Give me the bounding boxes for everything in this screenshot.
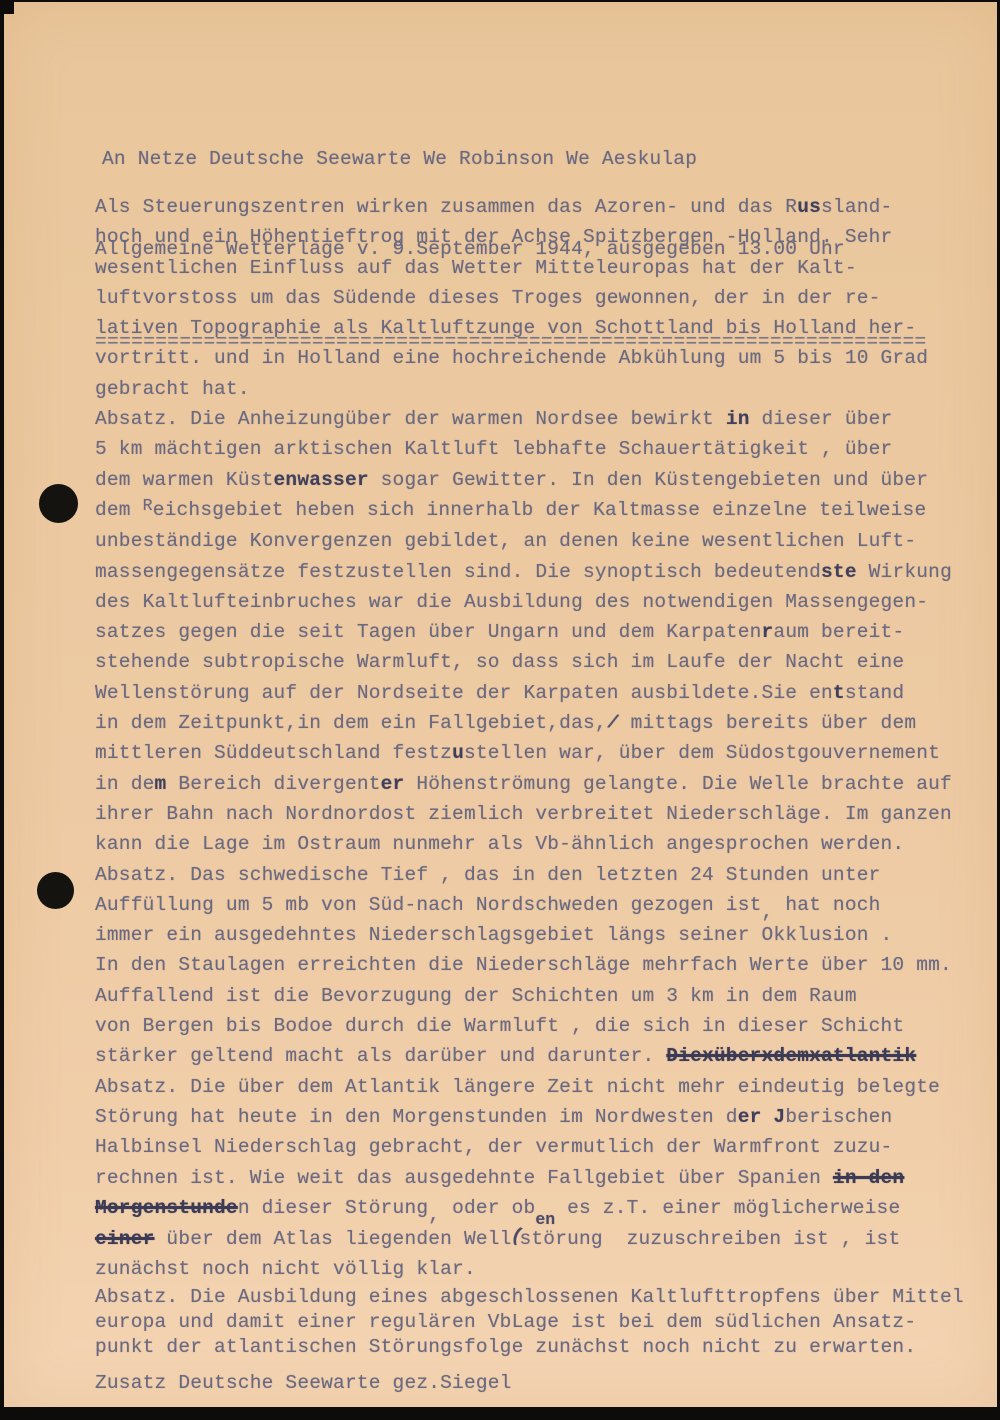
text-line: rechnen ist. Wie weit das ausgedehnte Fa… [95, 1163, 964, 1193]
scanned-page: An Netze Deutsche Seewarte We Robinson W… [0, 0, 1000, 1420]
body-text: Als Steuerungszentren wirken zusammen da… [95, 192, 964, 1398]
text-line: in dem Zeitpunkt,in dem ein Fallgebiet,d… [95, 708, 964, 738]
text-line: des Kaltlufteinbruches war die Ausbildun… [95, 587, 964, 617]
text-line: Zusatz Deutsche Seewarte gez.Siegel [95, 1368, 964, 1398]
text-line: Absatz. Die über dem Atlantik längere Ze… [95, 1072, 964, 1102]
text-line: Störung hat heute in den Morgenstunden i… [95, 1102, 964, 1132]
text-line: Wellenstörung auf der Nordseite der Karp… [95, 678, 964, 708]
text-line: lativen Topographie als Kaltluftzunge vo… [95, 313, 964, 343]
recipient-line: An Netze Deutsche Seewarte We Robinson W… [95, 144, 927, 174]
text-line: kann die Lage im Ostraum nunmehr als Vb-… [95, 829, 964, 859]
text-line: europa und damit einer regulären VbLage … [95, 1310, 964, 1335]
text-line: zunächst noch nicht völlig klar. [95, 1254, 964, 1284]
text-line: Absatz. Die Ausbildung eines abgeschloss… [95, 1285, 964, 1310]
hole-punch-bottom [37, 872, 74, 909]
text-line: mittleren Süddeutschland festzustellen w… [95, 738, 964, 768]
text-line: hoch und ein Höhentieftrog mit der Achse… [95, 222, 964, 252]
text-line: vortritt. und in Holland eine hochreiche… [95, 343, 964, 373]
text-line: unbeständige Konvergenzen gebildet, an d… [95, 526, 964, 556]
text-line: dem Reichsgebiet heben sich innerhalb de… [95, 495, 964, 526]
text-line: Absatz. Das schwedische Tief , das in de… [95, 860, 964, 890]
text-line: Auffallend ist die Bevorzugung der Schic… [95, 981, 964, 1011]
text-line: Als Steuerungszentren wirken zusammen da… [95, 192, 964, 222]
text-line: luftvorstoss um das Südende dieses Troge… [95, 283, 964, 313]
text-line: satzes gegen die seit Tagen über Ungarn … [95, 617, 964, 647]
text-line: Morgenstunden dieser Störung, oder oben … [95, 1193, 964, 1224]
text-line: punkt der atlantischen Störungsfolge zun… [95, 1335, 964, 1360]
text-line: Absatz. Die Anheizungüber der warmen Nor… [95, 404, 964, 434]
text-line: dem warmen Küstenwasser sogar Gewitter. … [95, 465, 964, 495]
text-line: 5 km mächtigen arktischen Kaltluft lebha… [95, 434, 964, 464]
text-line: von Bergen bis Bodoe durch die Warmluft … [95, 1011, 964, 1041]
text-line: stärker geltend macht als darüber und da… [95, 1041, 964, 1071]
corner-notch [0, 0, 14, 14]
text-line: Auffüllung um 5 mb von Süd-nach Nordschw… [95, 890, 964, 920]
text-line: Halbinsel Niederschlag gebracht, der ver… [95, 1132, 964, 1162]
hole-punch-top [39, 484, 78, 523]
text-line: immer ein ausgedehntes Niederschlagsgebi… [95, 920, 964, 950]
text-line: massengegensätze festzustellen sind. Die… [95, 557, 964, 587]
text-line: in dem Bereich divergenter Höhenströmung… [95, 769, 964, 799]
text-line: wesentlichen Einfluss auf das Wetter Mit… [95, 253, 964, 283]
text-line: einer über dem Atlas liegenden Well(stör… [95, 1224, 964, 1254]
text-line: In den Staulagen erreichten die Niedersc… [95, 950, 964, 980]
text-line: stehende subtropische Warmluft, so dass … [95, 647, 964, 677]
text-line: ihrer Bahn nach Nordnordost ziemlich ver… [95, 799, 964, 829]
text-line: gebracht hat. [95, 374, 964, 404]
paper-sheet: An Netze Deutsche Seewarte We Robinson W… [4, 2, 997, 1407]
